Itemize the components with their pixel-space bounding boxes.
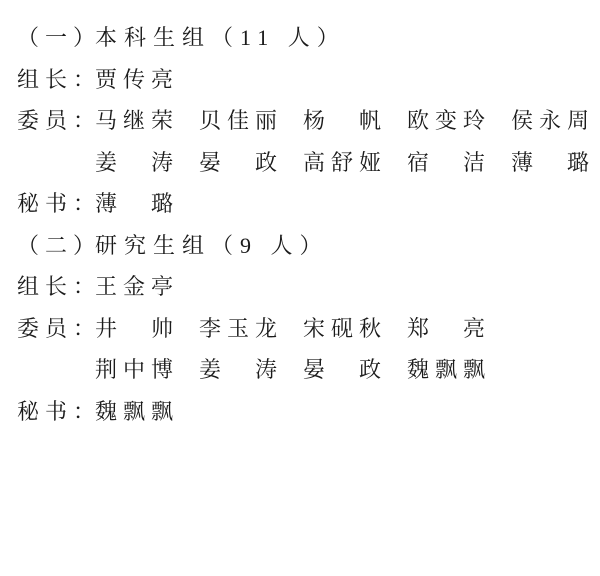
member-name: 宋砚秋 [303,312,381,343]
member-name: 魏飘飘 [407,353,485,384]
group-1-members-label: 委员： [17,104,95,135]
group-1-secretary-label: 秘书： [17,187,95,218]
member-name: 姜 涛 [199,353,277,384]
member-name: 薄 璐 [511,146,589,177]
group-1-heading-title: 本科生组 [95,21,211,52]
group-2-heading: （二） 研究生组 （9 人） [17,224,600,266]
group-1-heading-count: （11 人） [211,21,346,52]
group-2-heading-count: （9 人） [211,229,329,260]
member-name: 宿 洁 [407,146,485,177]
member-name: 欧变玲 [407,104,485,135]
group-1-heading: （一） 本科生组 （11 人） [17,16,600,58]
group-2-secretary-name: 魏飘飘 [95,395,173,426]
group-2-secretary-row: 秘书： 魏飘飘 [17,390,600,432]
group-2-leader-name: 王金亭 [95,270,173,301]
member-name: 晏 政 [199,146,277,177]
group-1-heading-prefix: （一） [17,21,95,52]
member-name: 井 帅 [95,312,173,343]
group-2-members-row-1: 委员： 井 帅 李玉龙 宋砚秋 郑 亮 [17,307,600,349]
member-name: 马继荣 [95,104,173,135]
member-name: 郑 亮 [407,312,485,343]
group-2-heading-prefix: （二） [17,229,95,260]
group-1-members-row-1: 委员： 马继荣 贝佳丽 杨 帆 欧变玲 侯永周 [17,99,600,141]
member-name: 高舒娅 [303,146,381,177]
group-1-leader-name: 贾传亮 [95,63,173,94]
member-name: 贝佳丽 [199,104,277,135]
group-1-leader-label: 组长： [17,63,95,94]
document-page: （一） 本科生组 （11 人） 组长： 贾传亮 委员： 马继荣 贝佳丽 杨 帆 … [0,0,600,431]
group-2-leader-row: 组长： 王金亭 [17,265,600,307]
group-2-heading-title: 研究生组 [95,229,211,260]
member-name: 侯永周 [511,104,589,135]
member-name: 荆中博 [95,353,173,384]
group-1-members-row-2: 姜 涛 晏 政 高舒娅 宿 洁 薄 璐 [17,141,600,183]
group-2-members-label: 委员： [17,312,95,343]
member-name: 姜 涛 [95,146,173,177]
member-name: 李玉龙 [199,312,277,343]
group-2-secretary-label: 秘书： [17,395,95,426]
group-2-members-row-2: 荆中博 姜 涛 晏 政 魏飘飘 [17,348,600,390]
member-name: 晏 政 [303,353,381,384]
group-1-secretary-name: 薄 璐 [95,187,173,218]
group-2-leader-label: 组长： [17,270,95,301]
member-name: 杨 帆 [303,104,381,135]
group-1-leader-row: 组长： 贾传亮 [17,58,600,100]
group-1-secretary-row: 秘书： 薄 璐 [17,182,600,224]
